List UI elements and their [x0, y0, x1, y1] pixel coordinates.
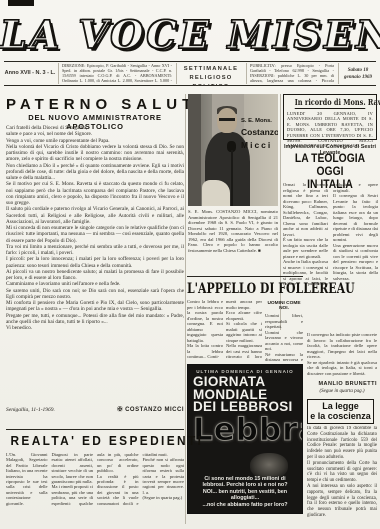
- advertising-info: PUBBLICITA': presso Episcopio - Porta Ga…: [250, 63, 334, 84]
- legge-headline-box: La legge e la coscienza: [307, 399, 374, 424]
- teologia-signature: MANLIO BRUNETTI: [307, 381, 377, 387]
- legge-body: In data di giovedì 19 dicembre la Corte …: [307, 426, 377, 524]
- paper-type-line2: POLITICO SOCIALE: [180, 83, 242, 86]
- photo-side-line1: S. E. Mons.: [241, 118, 277, 124]
- band-divider: [246, 63, 247, 84]
- bishop-photo: S. E. Mons. Costanzo Micci: [188, 94, 278, 206]
- band-rule-top: [4, 61, 376, 62]
- realta-body: L'On. Giovanni Malagodi, Segretario del …: [6, 452, 184, 525]
- poster-bottom-text: Ci sono nel mondo 15 milioni di lebbrosi…: [192, 476, 298, 508]
- paterno-body: Cari fratelli della Diocesi di Senigalli…: [6, 125, 184, 403]
- photo-side-line3: Micci: [241, 140, 277, 150]
- photo-glasses: [219, 118, 235, 121]
- issue-date: Sabato 18 gennaio 1969: [340, 63, 376, 88]
- legge-headline: La legge e la coscienza: [310, 402, 371, 421]
- direction-info: DIREZIONE: Episcopio, P. Garibaldi - Sen…: [62, 63, 172, 84]
- leprosy-day-poster: ULTIMA DOMENICA DI GENNAIO GIORNATA MOND…: [187, 364, 303, 514]
- paper-type: SETTIMANALE RELIGIOSO POLITICO SOCIALE: [180, 63, 242, 86]
- teologia-body: Ormai la cronaca religiosa è piena di no…: [283, 182, 378, 328]
- paterno-date: Senigallia, 11-1-1969.: [6, 407, 55, 413]
- newspaper-front-page: LA VOCE MISENA Anno XVII - N. 3 - L. 40 …: [0, 0, 380, 529]
- photo-side-caption: S. E. Mons. Costanzo Micci: [241, 118, 277, 150]
- ravetta-memorial-box: In ricordo di Mons. Ravetta LUNEDI' 20 G…: [283, 94, 377, 140]
- paterno-headline: PATERNO SALUTO: [6, 96, 184, 113]
- photo-side-line2: Costanzo: [241, 127, 277, 137]
- masthead-title: LA VOCE MISENA: [0, 12, 380, 57]
- realta-rule: [6, 429, 184, 430]
- poster-big-word: Lebbra: [193, 415, 297, 445]
- paper-type-line1: SETTIMANALE RELIGIOSO: [180, 65, 242, 83]
- follereau-col2: nuerà ancora per molto tempo. Ecco alcun…: [226, 299, 262, 361]
- photo-doorway: [188, 94, 201, 206]
- issue-number: Anno XVII - N. 3 - L. 40: [4, 63, 56, 84]
- ravetta-box-title: In ricordo di Mons. Ravetta: [295, 97, 366, 109]
- band-divider: [58, 63, 59, 84]
- band-divider: [338, 63, 339, 84]
- teologia-continuation: Il convegno ha indicato piste concrete d…: [307, 332, 377, 380]
- teologia-continuation-note: (Segue in quarta pag.): [307, 389, 377, 394]
- photo-surplice: [202, 180, 230, 206]
- photo-caption: S. E. Mons. COSTANZO MICCI, nominato Amm…: [188, 209, 278, 273]
- photo-head: [217, 108, 237, 133]
- realta-headline: REALTA' ED ESPEDIENTI: [10, 434, 179, 448]
- poster-title: GIORNATA MONDIALE DEI LEBBROSI: [193, 376, 297, 414]
- paterno-signature: ✠ COSTANZO MICCI: [117, 406, 184, 413]
- column-rule: [185, 94, 186, 524]
- paterno-signature-row: Senigallia, 11-1-1969. ✠ COSTANZO MICCI: [6, 406, 184, 413]
- scan-mark: [8, 0, 34, 6]
- photo-mic-stand: [231, 150, 233, 206]
- band-divider: [176, 63, 177, 84]
- follereau-col1: Contro la lebbra e per i lebbrosi: ecco …: [187, 299, 223, 361]
